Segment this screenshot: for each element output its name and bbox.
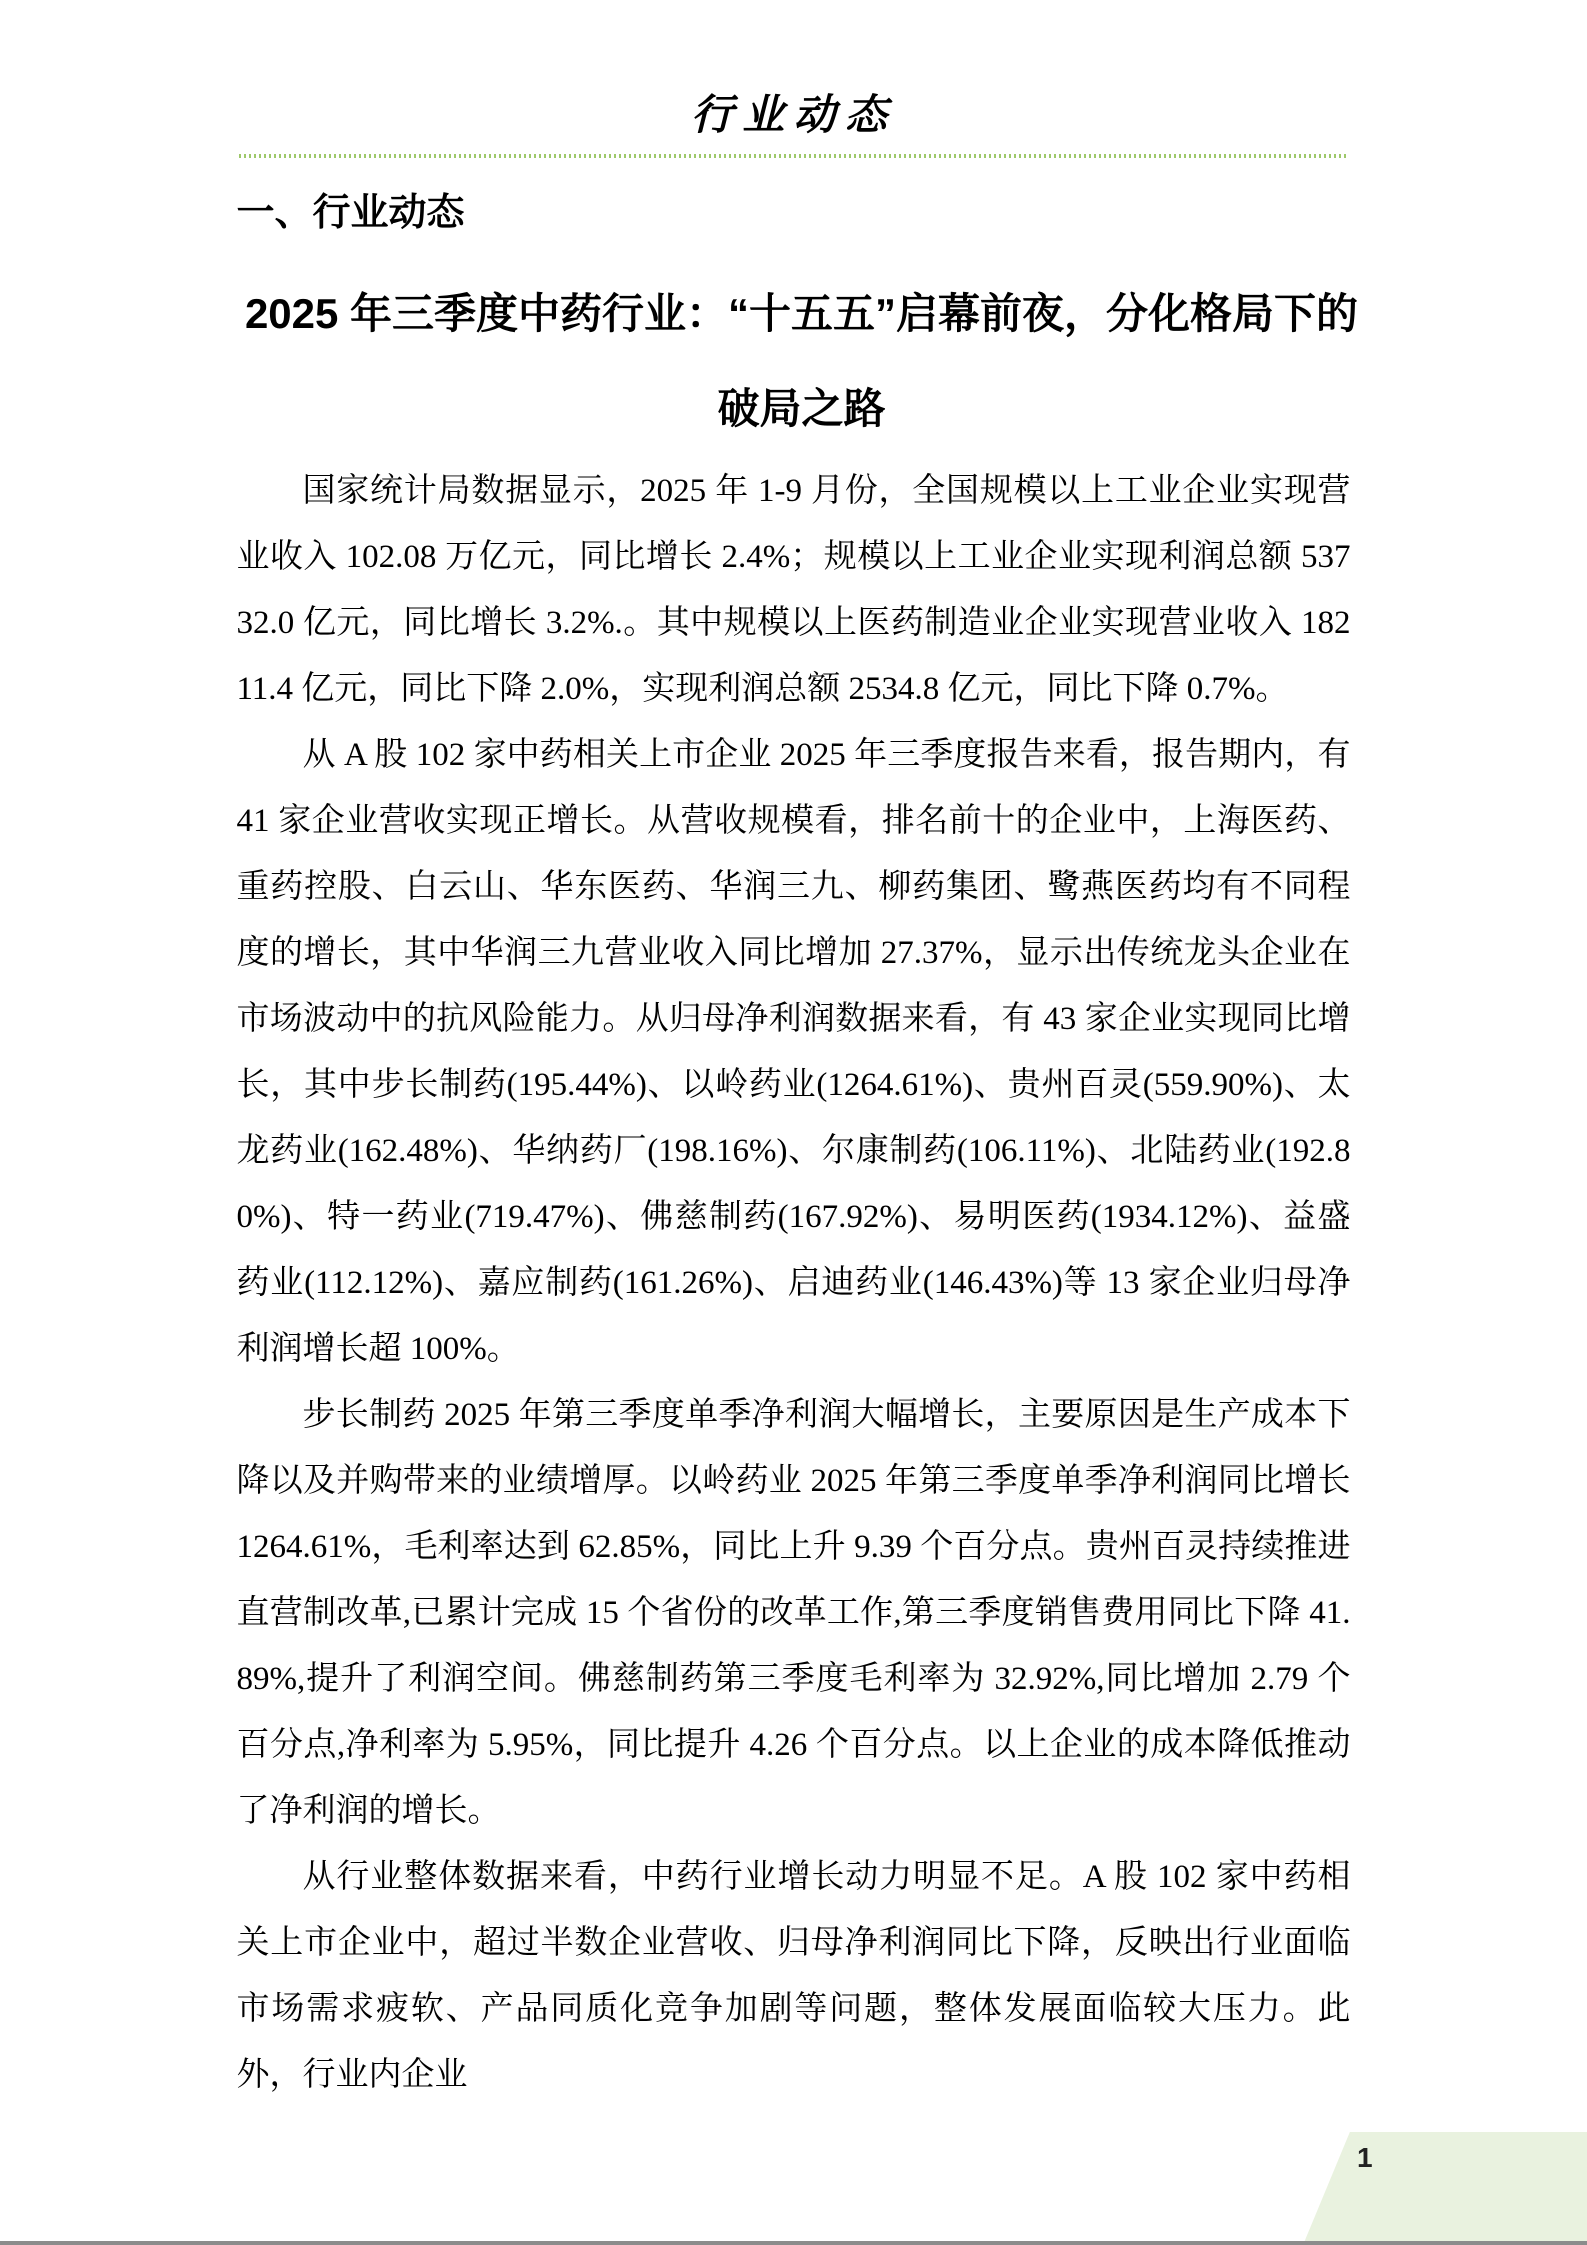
article-title-line-2: 破局之路 — [237, 361, 1367, 456]
article-body: 国家统计局数据显示，2025 年 1-9 月份，全国规模以上工业企业实现营业收入… — [237, 458, 1351, 2108]
page-bottom-edge — [0, 2241, 1587, 2245]
document-page: 行业动态 一、行业动态 2025 年三季度中药行业：“十五五”启幕前夜，分化格局… — [0, 0, 1587, 2245]
page-number: 1 — [1357, 2142, 1373, 2174]
page-content: 一、行业动态 2025 年三季度中药行业：“十五五”启幕前夜，分化格局下的 破局… — [237, 192, 1351, 2108]
header-divider-line — [239, 154, 1349, 158]
running-header-title: 行业动态 — [0, 0, 1587, 138]
footer-ribbon-shape: 1 — [1303, 2132, 1587, 2245]
paragraph-industry-statistics: 国家统计局数据显示，2025 年 1-9 月份，全国规模以上工业企业实现营业收入… — [237, 458, 1351, 722]
section-heading: 一、行业动态 — [237, 192, 1351, 236]
article-title: 2025 年三季度中药行业：“十五五”启幕前夜，分化格局下的 破局之路 — [237, 266, 1367, 456]
paragraph-listed-companies-q3: 从 A 股 102 家中药相关上市企业 2025 年三季度报告来看，报告期内，有… — [237, 722, 1351, 1382]
article-title-line-1: 2025 年三季度中药行业：“十五五”启幕前夜，分化格局下的 — [237, 266, 1367, 361]
paragraph-industry-overview: 从行业整体数据来看，中药行业增长动力明显不足。A 股 102 家中药相关上市企业… — [237, 1844, 1351, 2108]
paragraph-profit-growth-drivers: 步长制药 2025 年第三季度单季净利润大幅增长，主要原因是生产成本下降以及并购… — [237, 1382, 1351, 1844]
